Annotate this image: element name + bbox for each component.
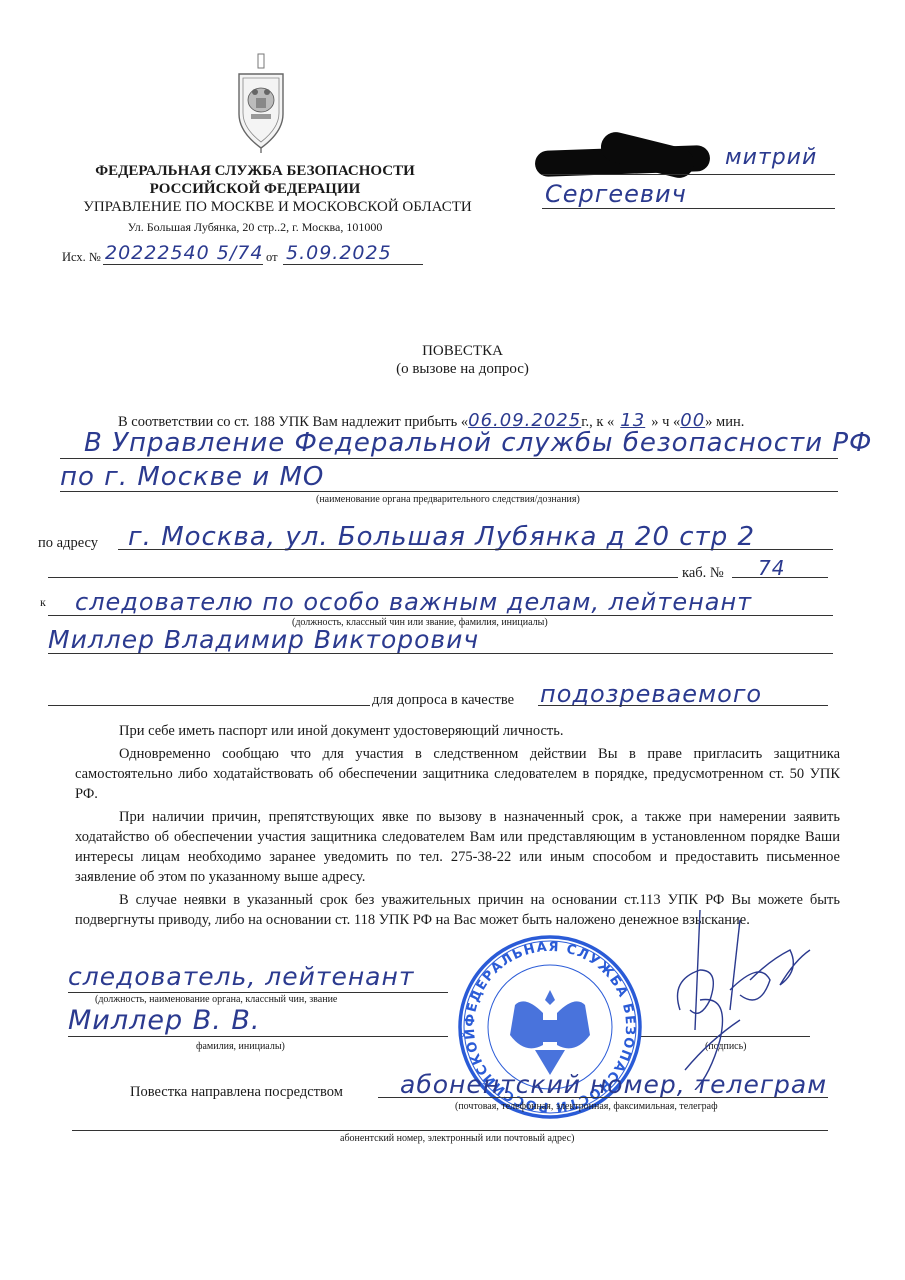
delivery-caption-1: (почтовая, телефонная, электронная, факс…	[455, 1101, 718, 1112]
authority-caption: (наименование органа предварительного сл…	[316, 494, 580, 505]
ref-number-underline	[103, 264, 263, 265]
ref-date-label: от	[266, 250, 278, 265]
handwritten-signature	[640, 900, 840, 1090]
ref-label: Исх. №	[62, 250, 101, 265]
paragraph-passport: При себе иметь паспорт или иной документ…	[75, 721, 840, 741]
document-title: ПОВЕСТКА	[340, 343, 585, 360]
delivery-label: Повестка направлена посредством	[130, 1082, 343, 1102]
fsb-emblem-icon	[233, 52, 289, 154]
delivery-underline	[378, 1097, 828, 1098]
recipient-underline-1	[542, 174, 835, 175]
ref-date-underline	[283, 264, 423, 265]
authority-underline-2	[60, 491, 838, 492]
authority-line1: В Управление Федеральной службы безопасн…	[84, 428, 872, 458]
org-department: УПРАВЛЕНИЕ ПО МОСКВЕ И МОСКОВСКОЙ ОБЛАСТ…	[55, 199, 500, 216]
recipient-underline-2	[542, 208, 835, 209]
delivery-underline-2	[72, 1130, 828, 1131]
address-underline-2	[48, 577, 678, 578]
paragraph-notification: При наличии причин, препятствующих явке …	[75, 807, 840, 887]
org-address: Ул. Большая Лубянка, 20 стр..2, г. Москв…	[60, 220, 450, 235]
capacity-prefix-underline	[48, 705, 370, 706]
org-name-line2: РОССИЙСКОЙ ФЕДЕРАЦИИ	[60, 181, 450, 198]
authority-line2: по г. Москве и МО	[60, 462, 324, 492]
ref-date-value: 5.09.2025	[286, 242, 392, 264]
to-label: к	[40, 592, 46, 612]
recipient-name-line2: Сергеевич	[545, 180, 687, 208]
paragraph-defender: Одновременно сообщаю что для участия в с…	[75, 744, 840, 804]
delivery-caption-2: абонентский номер, электронный или почто…	[340, 1133, 574, 1144]
address-label: по адресу	[38, 533, 98, 553]
org-name-line1: ФЕДЕРАЛЬНАЯ СЛУЖБА БЕЗОПАСНОСТИ	[60, 163, 450, 180]
recipient-name-line1: митрий	[725, 145, 817, 170]
officer-underline-2	[48, 653, 833, 654]
room-label: каб. №	[682, 563, 724, 583]
ref-number-value: 20222540 5/74	[105, 242, 263, 264]
officer-underline-1	[48, 615, 833, 616]
signatory-name-value: Миллер В. В.	[68, 1005, 260, 1036]
signatory-name-caption: фамилия, инициалы)	[196, 1041, 285, 1052]
document-subtitle: (о вызове на допрос)	[340, 361, 585, 378]
signatory-position-underline	[68, 992, 448, 993]
capacity-underline	[538, 705, 828, 706]
delivery-value: абонентский номер, телеграм	[400, 1070, 827, 1099]
capacity-label: для допроса в качестве	[372, 690, 514, 710]
authority-underline-1	[60, 458, 838, 459]
capacity-value: подозреваемого	[540, 680, 762, 708]
signatory-name-underline	[68, 1036, 448, 1037]
room-value: 74	[758, 556, 785, 580]
address-value: г. Москва, ул. Большая Лубянка д 20 стр …	[128, 522, 755, 552]
officer-line2: Миллер Владимир Викторович	[48, 625, 479, 654]
address-underline	[118, 549, 833, 550]
signatory-position-caption: (должность, наименование органа, классны…	[95, 994, 337, 1005]
signatory-position-value: следователь, лейтенант	[68, 962, 414, 991]
officer-line1: следователю по особо важным делам, лейте…	[75, 588, 752, 616]
